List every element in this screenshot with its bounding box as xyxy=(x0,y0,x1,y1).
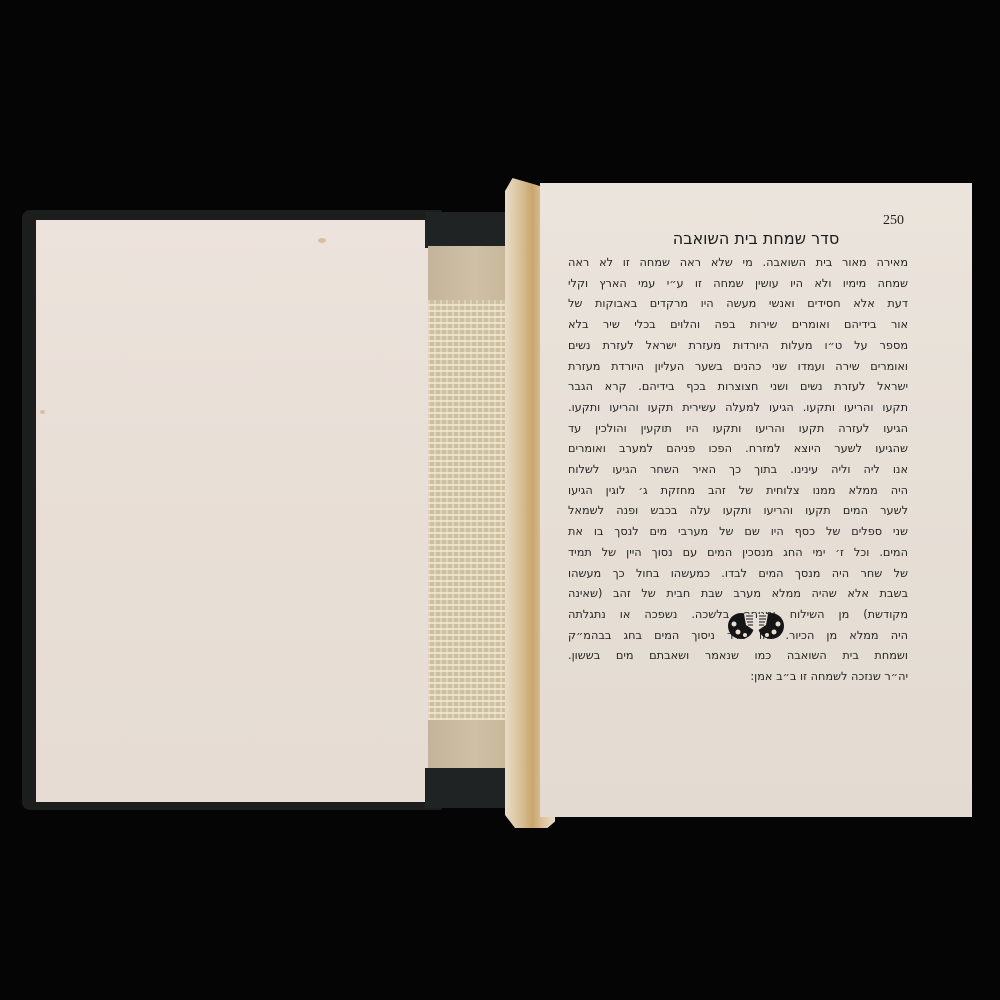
text-line: שמחה מימיו ולא היו עושין שמחה זו ע״י עמי… xyxy=(568,274,908,295)
text-line: ואומרים שירה ועמדו שני כהנים בשער העליון… xyxy=(568,357,908,378)
text-line: מאירה מאור בית השואבה. מי שלא ראה שמחה ז… xyxy=(568,253,908,274)
paper-stain xyxy=(318,238,326,243)
text-line: תקעו והריעו ותקעו. הגיעו למעלה עשירית תק… xyxy=(568,398,908,419)
page-title: סדר שמחת בית השואבה xyxy=(540,229,972,248)
text-line: של שחר היה מנסך המים לבדו. כמעשהו בחול כ… xyxy=(568,564,908,585)
floral-ornament-icon xyxy=(726,611,786,641)
spine-mull-gauze xyxy=(428,300,518,720)
paper-stain xyxy=(40,410,45,414)
page-number: 250 xyxy=(883,213,904,229)
text-line: אור בידיהם ואומרים שירות בפה והלוים בכלי… xyxy=(568,315,908,336)
text-line: לשער המים תקעו והריעו ותקעו עלה בכבש ופנ… xyxy=(568,501,908,522)
text-line: בשבת אלא שהיה ממלא מערב שבת חבית של זהב … xyxy=(568,584,908,605)
text-line: ישראל לעזרת נשים ושני חצוצרות בכף בידיהם… xyxy=(568,377,908,398)
left-endpaper xyxy=(36,220,431,802)
text-line: דעת אלא חסידים ואנשי מעשה היו מרקדים באב… xyxy=(568,294,908,315)
text-line: המים. וכל ז׳ ימי החג מנסכין המים עם נסוך… xyxy=(568,543,908,564)
text-line: מספר על ט״ו מעלות היורדות מעזרת ישראל לע… xyxy=(568,336,908,357)
text-line: הגיעו לעזרה תקעו והריעו ותקעו היו תוקעין… xyxy=(568,419,908,440)
text-line: אנו ליה וליה עינינו. בתוך כך האיר השחר ה… xyxy=(568,460,908,481)
right-page: 250 סדר שמחת בית השואבה מאירה מאור בית ה… xyxy=(540,183,972,817)
text-line: יה״ר שנזכה לשמחה זו ב״ב אמן: xyxy=(568,667,908,688)
text-line: היה ממלא ממנו צלוחית של זהב מחזקת ג׳ לוג… xyxy=(568,481,908,502)
text-line: ושמחת בית השואבה כמו שנאמר ושאבתם מים בש… xyxy=(568,646,908,667)
text-line: שני ספלים של כסף היו שם של מערבי מים לנס… xyxy=(568,522,908,543)
text-line: שהגיעו לשער היוצא למזרח. הפכו פניהם למער… xyxy=(568,439,908,460)
